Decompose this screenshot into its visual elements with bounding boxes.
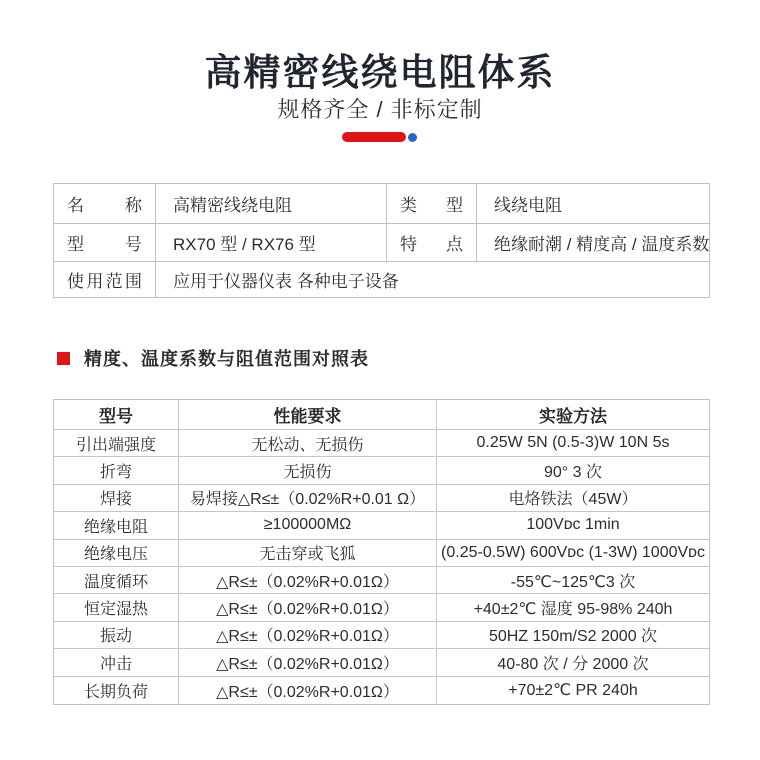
spec-method: (0.25-0.5W) 600Vᴅᴄ (1-3W) 1000Vᴅᴄ [437, 540, 709, 567]
section-heading: 精度、温度系数与阻值范围对照表 [57, 345, 369, 371]
spec-item: 焊接 [54, 485, 179, 512]
product-info-table: 名 称 高精密线绕电阻 类 型 线绕电阻 型 号 RX70 型 / RX76 型… [53, 183, 710, 298]
info-label-model-text: 型 号 [67, 230, 142, 255]
spec-item: 绝缘电阻 [54, 512, 179, 539]
red-square-bullet-icon [57, 352, 70, 365]
spec-method: 50HZ 150m/S2 2000 次 [437, 622, 709, 649]
spec-item: 冲击 [54, 649, 179, 676]
spec-item: 绝缘电压 [54, 540, 179, 567]
spec-requirement: △R≤±（0.02%R+0.01Ω） [179, 567, 437, 594]
info-value-name: 高精密线绕电阻 [156, 184, 387, 224]
spec-requirement: △R≤±（0.02%R+0.01Ω） [179, 622, 437, 649]
spec-item: 恒定湿热 [54, 594, 179, 621]
info-label-type-text: 类 型 [400, 191, 463, 216]
spec-comparison-table: 型号 性能要求 实验方法 引出端强度 无松动、无损伤 0.25W 5N (0.5… [53, 399, 710, 705]
spec-item: 温度循环 [54, 567, 179, 594]
info-value-usage: 应用于仪器仪表 各种电子设备 [156, 262, 709, 297]
spec-method: 0.25W 5N (0.5-3)W 10N 5s [437, 430, 709, 457]
spec-method: +40±2℃ 湿度 95-98% 240h [437, 594, 709, 621]
spec-method: +70±2℃ PR 240h [437, 677, 709, 704]
info-label-model: 型 号 [54, 224, 156, 262]
page-subtitle: 规格齐全 / 非标定制 [0, 93, 760, 124]
info-label-name: 名 称 [54, 184, 156, 224]
spec-method: 40-80 次 / 分 2000 次 [437, 649, 709, 676]
spec-requirement: ≥100000MΩ [179, 512, 437, 539]
spec-requirement: 无松动、无损伤 [179, 430, 437, 457]
spec-requirement: △R≤±（0.02%R+0.01Ω） [179, 677, 437, 704]
spec-header-method: 实验方法 [437, 400, 709, 430]
spec-header-item: 型号 [54, 400, 179, 430]
info-label-feature-text: 特 点 [400, 230, 463, 255]
spec-method: -55℃~125℃3 次 [437, 567, 709, 594]
info-label-name-text: 名 称 [67, 191, 142, 216]
info-value-feature: 绝缘耐潮 / 精度高 / 温度系数小 [477, 224, 709, 262]
spec-item: 振动 [54, 622, 179, 649]
spec-requirement: 无击穿或飞狐 [179, 540, 437, 567]
page-title: 高精密线绕电阻体系 [0, 42, 760, 96]
spec-method: 100Vᴅᴄ 1min [437, 512, 709, 539]
spec-requirement: 易焊接△R≤±（0.02%R+0.01 Ω） [179, 485, 437, 512]
spec-header-requirement: 性能要求 [179, 400, 437, 430]
spec-item: 引出端强度 [54, 430, 179, 457]
info-label-usage: 使用范围 [54, 262, 156, 297]
spec-item: 长期负荷 [54, 677, 179, 704]
spec-method: 电烙铁法（45W） [437, 485, 709, 512]
info-value-model: RX70 型 / RX76 型 [156, 224, 387, 262]
section-heading-text: 精度、温度系数与阻值范围对照表 [84, 345, 369, 371]
info-label-usage-text: 使用范围 [67, 267, 142, 292]
spec-requirement: △R≤±（0.02%R+0.01Ω） [179, 594, 437, 621]
spec-requirement: △R≤±（0.02%R+0.01Ω） [179, 649, 437, 676]
info-value-type: 线绕电阻 [477, 184, 709, 224]
info-label-type: 类 型 [387, 184, 477, 224]
spec-item: 折弯 [54, 457, 179, 484]
info-label-feature: 特 点 [387, 224, 477, 262]
accent-dot-icon [408, 133, 417, 142]
spec-method: 90° 3 次 [437, 457, 709, 484]
spec-requirement: 无损伤 [179, 457, 437, 484]
accent-bar [342, 132, 406, 142]
